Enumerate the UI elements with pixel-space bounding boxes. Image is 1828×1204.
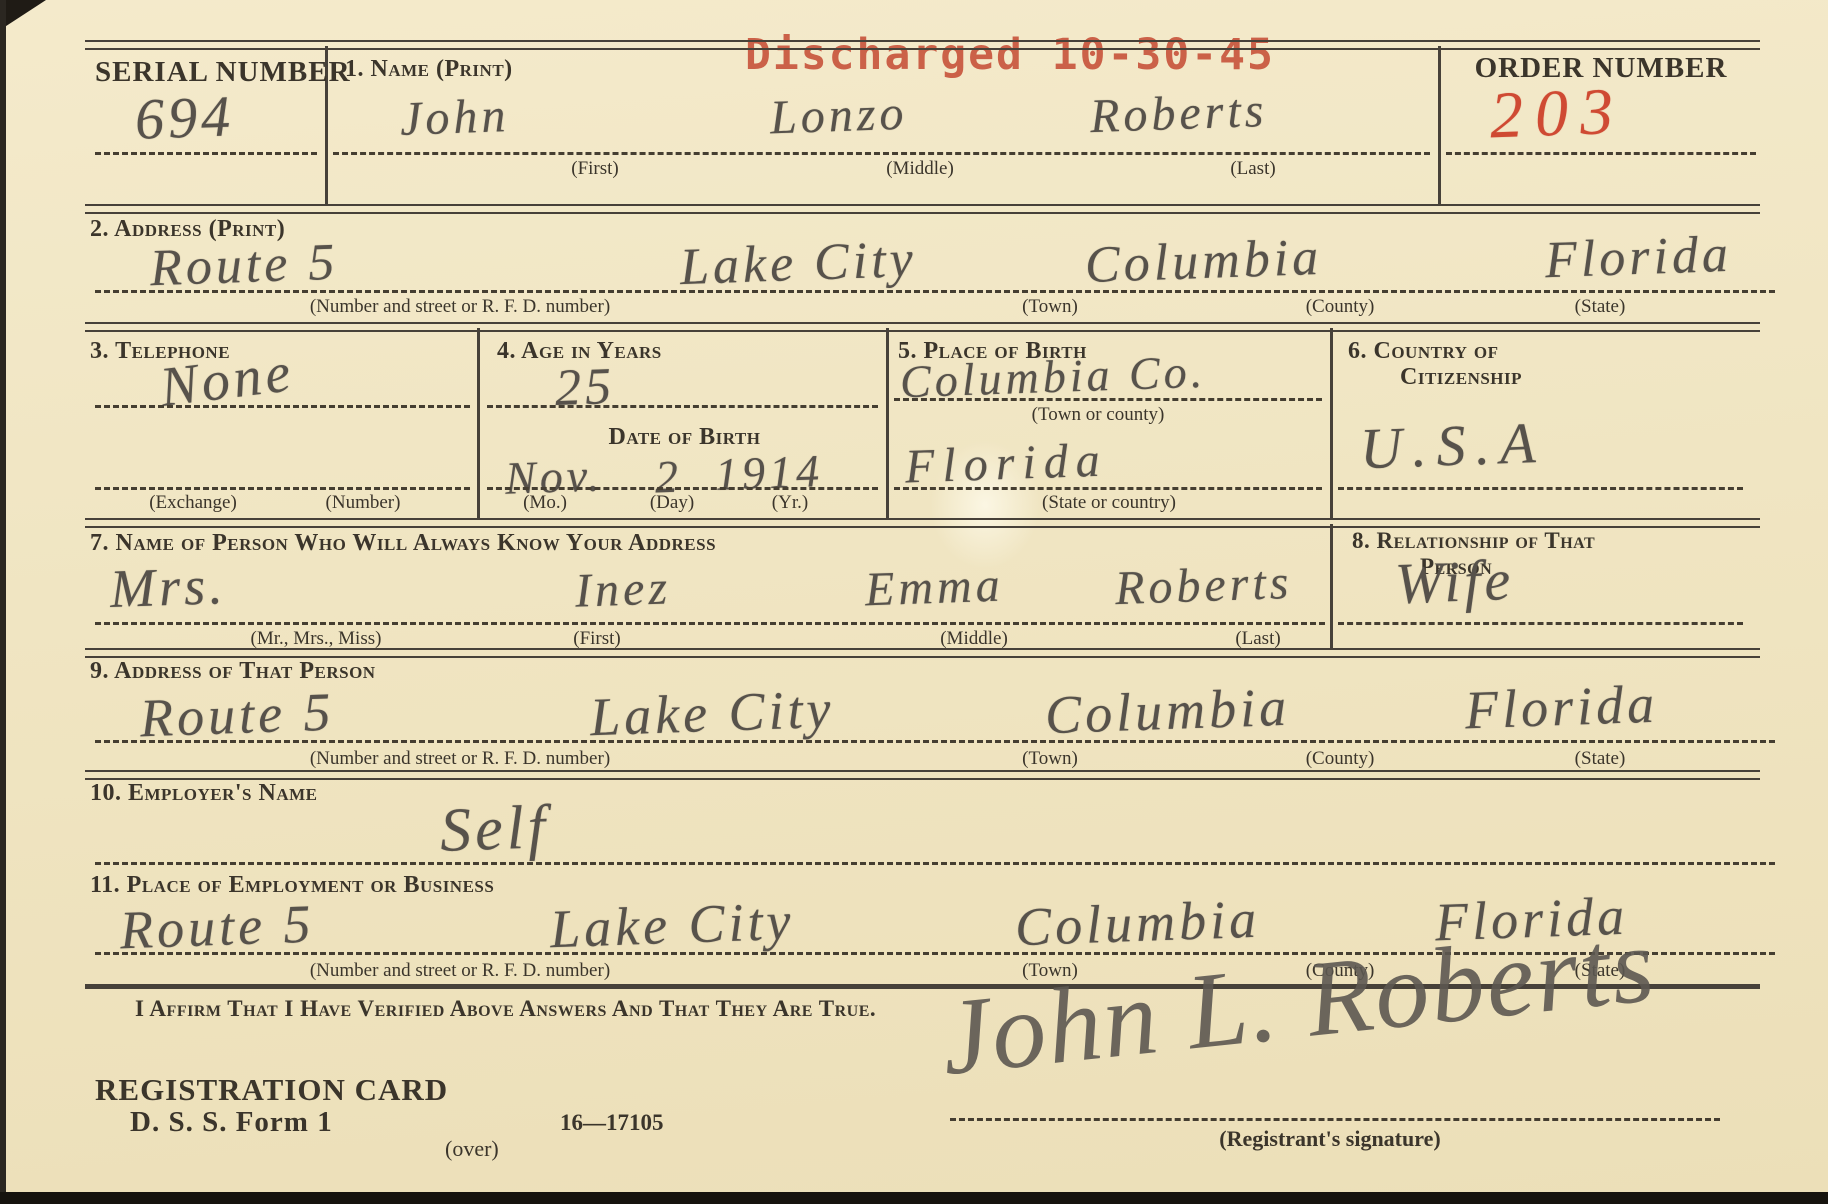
employment-sub-street: (Number and street or R. F. D. number) [310, 960, 610, 982]
rule-top [85, 40, 1760, 50]
serial-number-value: 694 [134, 82, 235, 152]
telephone-sub-number: (Number) [326, 492, 401, 514]
divider-birth-citizen [1330, 328, 1333, 518]
address-sub-county: (County) [1306, 296, 1375, 318]
rule-row10 [85, 770, 1760, 780]
relationship-value: Wife [1394, 546, 1515, 617]
name-sub-first: (First) [571, 158, 619, 180]
contact-sub-title: (Mr., Mrs., Miss) [251, 628, 382, 650]
contact-address-write-line [95, 740, 1775, 743]
name-middle-value: Lonzo [769, 86, 908, 146]
rule-row7 [85, 518, 1760, 528]
name-sub-middle: (Middle) [886, 158, 954, 180]
rule-row9 [85, 648, 1760, 658]
birthplace-write-line1 [894, 398, 1322, 401]
citizenship-write-line [1338, 487, 1743, 490]
contact-write-line [95, 622, 1325, 625]
contact-address-sub-county: (County) [1306, 748, 1375, 770]
rule-row3 [85, 322, 1760, 332]
address-write-line [95, 290, 1775, 293]
serial-write-line [95, 152, 317, 155]
contact-label: 7. Name of Person Who Will Always Know Y… [90, 530, 716, 557]
contact-middle-value: Emma [864, 558, 1004, 618]
contact-address-state-value: Florida [1464, 673, 1659, 742]
birthplace-write-line2 [894, 487, 1322, 490]
contact-sub-first: (First) [573, 628, 621, 650]
discharge-stamp: Discharged 10-30-45 [745, 30, 1275, 80]
address-sub-town: (Town) [1022, 296, 1078, 318]
address-sub-state: (State) [1575, 296, 1626, 318]
contact-title-value: Mrs. [109, 554, 228, 620]
address-town-value: Lake City [679, 230, 918, 297]
rule-row2 [85, 204, 1760, 214]
scan-corner-artifact [0, 0, 46, 30]
order-number-value: 203 [1489, 74, 1627, 155]
contact-address-sub-street: (Number and street or R. F. D. number) [310, 748, 610, 770]
birthplace-state-value: Florida [904, 432, 1108, 494]
divider-name-order [1438, 46, 1441, 204]
address-street-value: Route 5 [149, 233, 339, 299]
contact-last-value: Roberts [1114, 555, 1293, 616]
contact-sub-last: (Last) [1235, 628, 1280, 650]
age-value: 25 [554, 357, 616, 418]
footer-print-code: 16—17105 [560, 1110, 664, 1136]
dob-sub-year: (Yr.) [772, 492, 808, 514]
name-sub-last: (Last) [1230, 158, 1275, 180]
name-last-value: Roberts [1089, 83, 1268, 144]
registration-card-scan: Discharged 10-30-45 SERIAL NUMBER 694 1.… [0, 0, 1828, 1204]
contact-sub-middle: (Middle) [940, 628, 1008, 650]
citizenship-label-line2: Citizenship [1400, 364, 1522, 391]
employment-town-value: Lake City [549, 890, 795, 960]
age-write-line [487, 405, 878, 408]
name-first-value: John [399, 88, 510, 147]
dob-sub-day: (Day) [650, 492, 694, 514]
telephone-write-line1 [95, 405, 470, 408]
footer-card-title: REGISTRATION CARD [95, 1072, 448, 1108]
employer-value: Self [439, 792, 550, 867]
address-county-value: Columbia [1084, 228, 1323, 295]
citizenship-value: U.S.A [1359, 409, 1547, 482]
footer-over-note: (over) [445, 1136, 499, 1162]
footer-form-number: D. S. S. Form 1 [130, 1106, 333, 1139]
telephone-write-line2 [95, 487, 470, 490]
address-state-value: Florida [1544, 225, 1733, 290]
birthplace-sub-town: (Town or county) [1032, 404, 1165, 426]
signature-write-line [950, 1118, 1720, 1121]
scan-edge-bottom [0, 1192, 1828, 1204]
signature-sub-label: (Registrant's signature) [1219, 1126, 1440, 1152]
dob-sub-month: (Mo.) [523, 492, 567, 514]
scan-edge-left [0, 0, 6, 1204]
employer-label: 10. Employer's Name [90, 780, 318, 807]
dob-label: Date of Birth [487, 424, 882, 451]
citizenship-label-line1: 6. Country of [1348, 338, 1499, 365]
relationship-write-line [1338, 622, 1743, 625]
contact-address-county-value: Columbia [1044, 676, 1291, 747]
divider-age-birth [886, 328, 889, 518]
order-write-line [1446, 152, 1756, 155]
name-write-line [333, 152, 1430, 155]
name-label: 1. Name (Print) [345, 56, 513, 83]
dob-write-line [487, 487, 878, 490]
divider-contact-relationship [1330, 524, 1333, 648]
contact-first-value: Inez [574, 560, 672, 618]
contact-address-sub-state: (State) [1575, 748, 1626, 770]
divider-tel-age [477, 328, 480, 518]
affirmation-text: I Affirm That I Have Verified Above Answ… [135, 996, 876, 1022]
address-sub-street: (Number and street or R. F. D. number) [310, 296, 610, 318]
birthplace-sub-state: (State or country) [1042, 492, 1176, 514]
employer-write-line [95, 862, 1775, 865]
telephone-sub-exchange: (Exchange) [149, 492, 237, 514]
contact-address-sub-town: (Town) [1022, 748, 1078, 770]
contact-address-town-value: Lake City [589, 678, 835, 748]
